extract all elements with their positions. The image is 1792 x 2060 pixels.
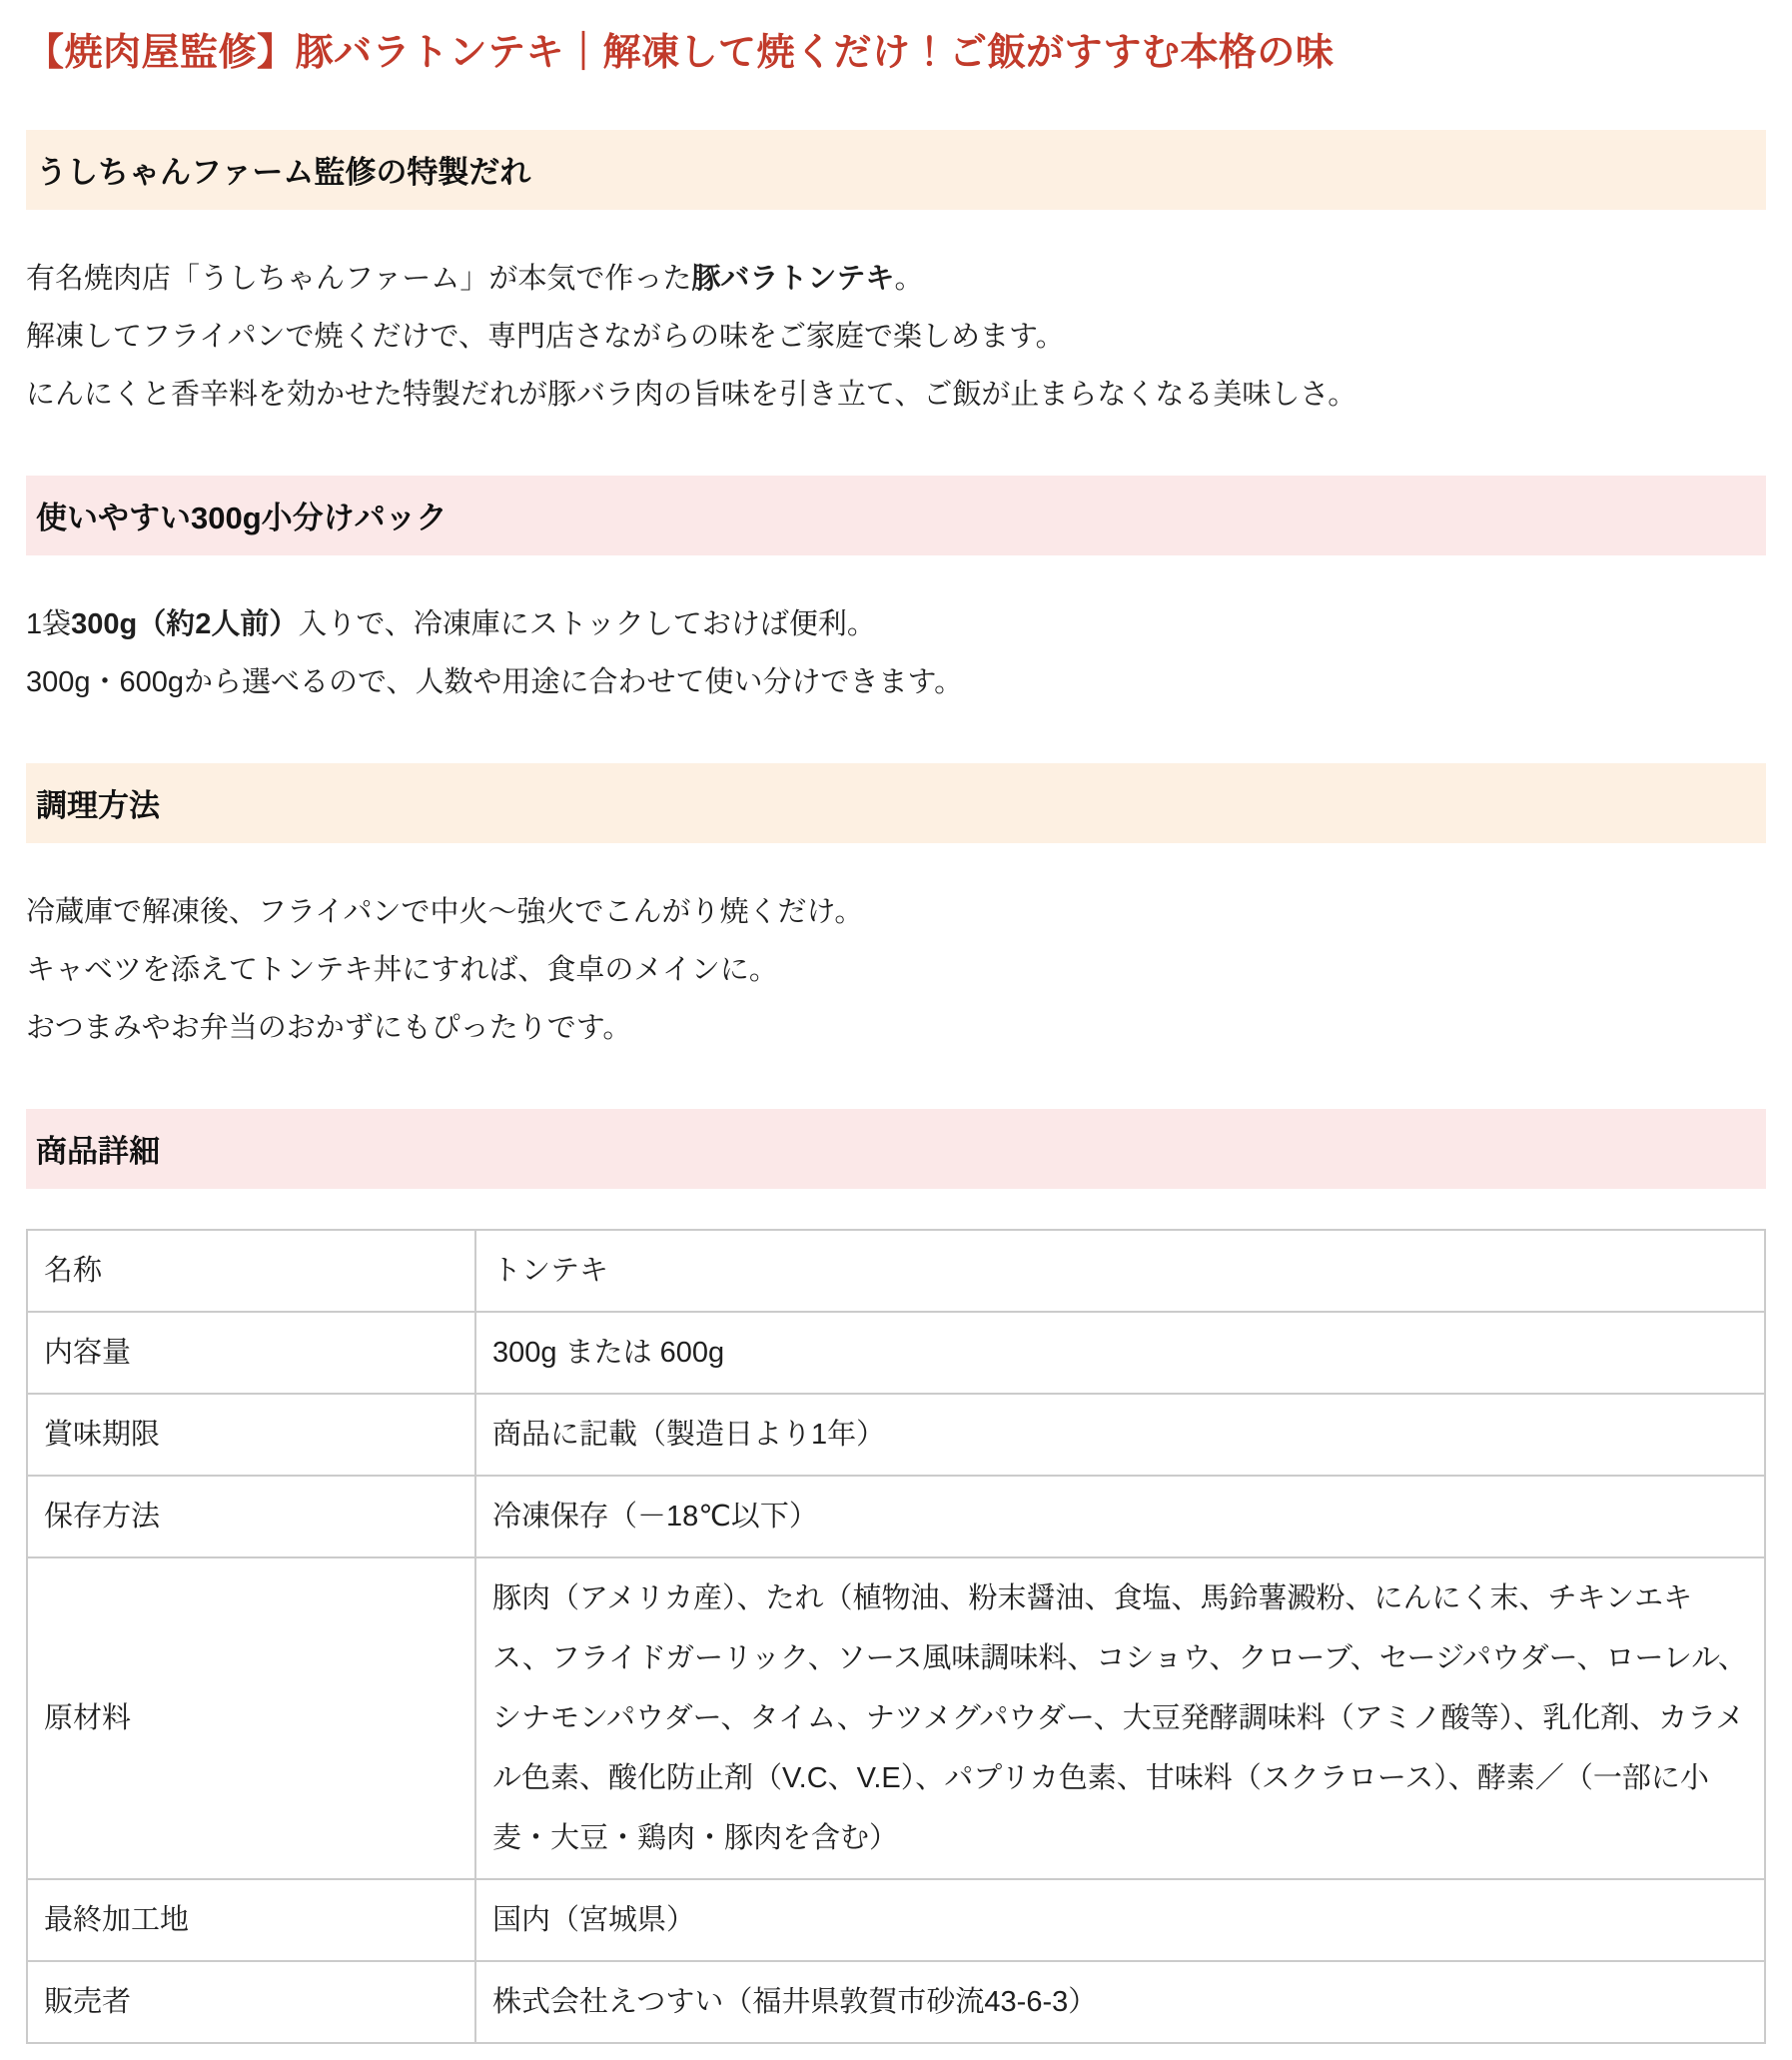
paragraph: キャベツを添えてトンテキ丼にすれば、食卓のメインに。 [26,941,1766,999]
paragraph: 300g・600gから選べるので、人数や用途に合わせて使い分けできます。 [26,653,1766,711]
paragraph: 有名焼肉店「うしちゃんファーム」が本気で作った豚バラトンテキ。 [26,250,1766,308]
row-label: 賞味期限 [27,1394,475,1476]
section-heading-special-sauce: うしちゃんファーム監修の特製だれ [26,130,1766,210]
section-body-special-sauce: 有名焼肉店「うしちゃんファーム」が本気で作った豚バラトンテキ。 解凍してフライパ… [26,250,1766,424]
table-row: 原材料 豚肉（アメリカ産）、たれ（植物油、粉末醤油、食塩、馬鈴薯澱粉、にんにく末… [27,1557,1765,1879]
paragraph: にんにくと香辛料を効かせた特製だれが豚バラ肉の旨味を引き立て、ご飯が止まらなくな… [26,366,1766,424]
row-label: 原材料 [27,1557,475,1879]
section-heading-product-details: 商品詳細 [26,1109,1766,1189]
row-label: 販売者 [27,1961,475,2043]
section-heading-cooking-method: 調理方法 [26,763,1766,843]
paragraph: おつまみやお弁当のおかずにもぴったりです。 [26,999,1766,1057]
table-row: 内容量 300g または 600g [27,1312,1765,1394]
section-body-cooking-method: 冷蔵庫で解凍後、フライパンで中火〜強火でこんがり焼くだけ。 キャベツを添えてトン… [26,883,1766,1057]
product-detail-table: 名称 トンテキ 内容量 300g または 600g 賞味期限 商品に記載（製造日… [26,1229,1766,2044]
paragraph: 解凍してフライパンで焼くだけで、専門店さながらの味をご家庭で楽しめます。 [26,308,1766,366]
row-value: トンテキ [475,1230,1765,1312]
row-value: 300g または 600g [475,1312,1765,1394]
row-value: 株式会社えつすい（福井県敦賀市砂流43-6-3） [475,1961,1765,2043]
table-row: 賞味期限 商品に記載（製造日より1年） [27,1394,1765,1476]
table-row: 保存方法 冷凍保存（－18℃以下） [27,1476,1765,1557]
paragraph: 冷蔵庫で解凍後、フライパンで中火〜強火でこんがり焼くだけ。 [26,883,1766,941]
row-value: 商品に記載（製造日より1年） [475,1394,1765,1476]
row-label: 内容量 [27,1312,475,1394]
product-description-page: 【焼肉屋監修】豚バラトンテキ｜解凍して焼くだけ！ご飯がすすむ本格の味 うしちゃん… [0,30,1792,2060]
row-label: 最終加工地 [27,1879,475,1961]
row-label: 名称 [27,1230,475,1312]
table-row: 名称 トンテキ [27,1230,1765,1312]
page-title: 【焼肉屋監修】豚バラトンテキ｜解凍して焼くだけ！ご飯がすすむ本格の味 [26,30,1766,78]
row-label: 保存方法 [27,1476,475,1557]
row-value: 国内（宮城県） [475,1879,1765,1961]
row-value: 冷凍保存（－18℃以下） [475,1476,1765,1557]
paragraph: 1袋300g（約2人前）入りで、冷凍庫にストックしておけば便利。 [26,595,1766,653]
section-heading-pack-size: 使いやすい300g小分けパック [26,476,1766,555]
row-value: 豚肉（アメリカ産）、たれ（植物油、粉末醤油、食塩、馬鈴薯澱粉、にんにく末、チキン… [475,1557,1765,1879]
section-body-pack-size: 1袋300g（約2人前）入りで、冷凍庫にストックしておけば便利。 300g・60… [26,595,1766,711]
table-row: 最終加工地 国内（宮城県） [27,1879,1765,1961]
table-row: 販売者 株式会社えつすい（福井県敦賀市砂流43-6-3） [27,1961,1765,2043]
